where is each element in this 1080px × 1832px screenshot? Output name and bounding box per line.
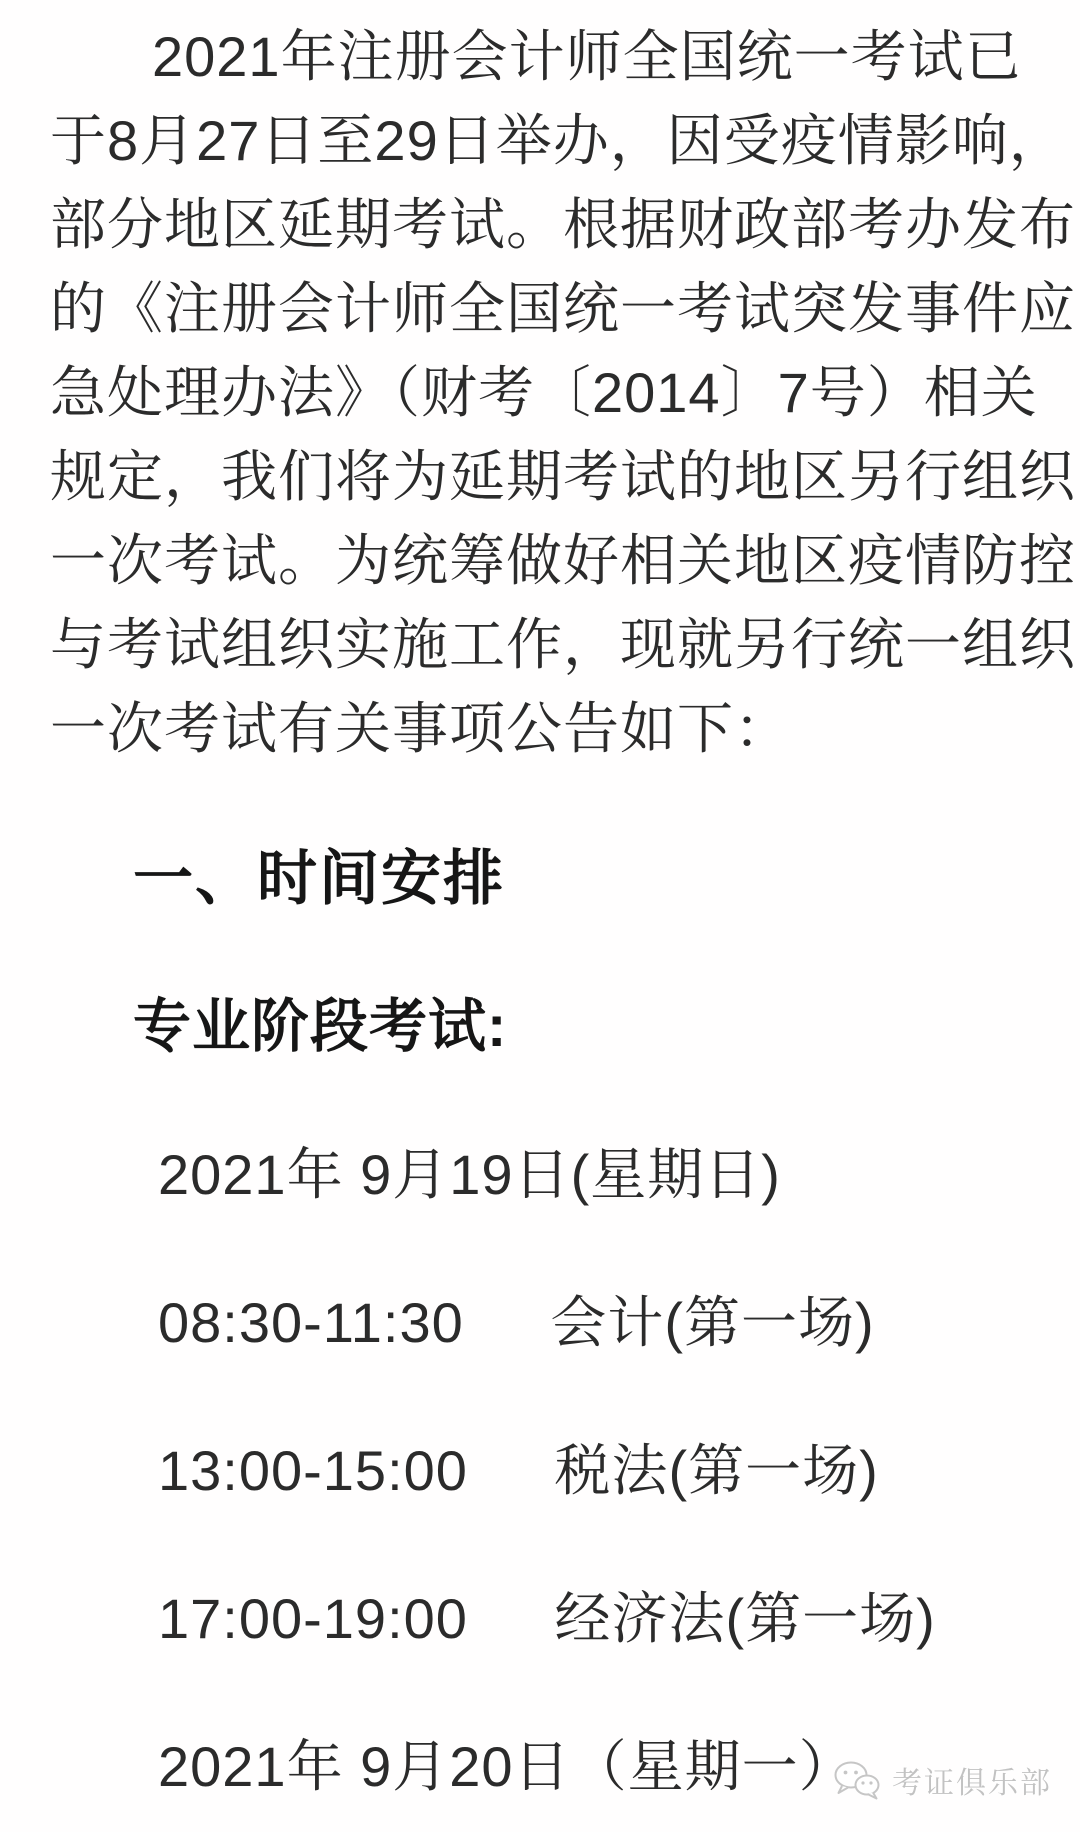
announcement-page: 2021年注册会计师全国统一考试已 于8月27日至29日举办，因受疫情影响， 部… <box>0 0 1080 1832</box>
intro-line: 急处理办法》（财考〔2014〕7号）相关 <box>50 351 1036 435</box>
session-subject: 经济法(第一场) <box>554 1587 935 1650</box>
intro-line: 的《注册会计师全国统一考试突发事件应 <box>50 267 1036 351</box>
session-row: 17:00-19:00 经济法(第一场) <box>0 1501 1080 1649</box>
intro-line: 一次考试。为统筹做好相关地区疫情防控 <box>50 519 1036 603</box>
intro-line: 2021年注册会计师全国统一考试已 <box>50 15 1036 99</box>
intro-line: 部分地区延期考试。根据财政部考办发布 <box>50 183 1036 267</box>
session-row: 08:30-11:30 会计(第一场) <box>0 1205 1080 1353</box>
intro-paragraph: 2021年注册会计师全国统一考试已 于8月27日至29日举办，因受疫情影响， 部… <box>0 0 1080 771</box>
intro-line: 一次考试有关事项公告如下： <box>50 687 1036 771</box>
session-row: 13:00-15:00 税法(第一场) <box>0 1353 1080 1501</box>
exam-date-line: 2021年 9月19日(星期日) <box>0 1057 1080 1205</box>
session-time: 08:30-11:30 <box>158 1291 464 1354</box>
session-time: 17:00-19:00 <box>158 1587 468 1650</box>
wechat-icon <box>832 1760 882 1800</box>
watermark: 考证俱乐部 <box>832 1758 1052 1802</box>
stage-heading: 专业阶段考试: <box>0 909 1080 1057</box>
intro-line: 于8月27日至29日举办，因受疫情影响， <box>50 99 1036 183</box>
session-time: 13:00-15:00 <box>158 1439 468 1502</box>
section-heading: 一、时间安排 <box>0 771 1080 909</box>
session-subject: 税法(第一场) <box>554 1439 878 1502</box>
intro-line: 规定，我们将为延期考试的地区另行组织 <box>50 435 1036 519</box>
intro-line: 与考试组织实施工作，现就另行统一组织 <box>50 603 1036 687</box>
watermark-label: 考证俱乐部 <box>892 1758 1052 1802</box>
session-subject: 会计(第一场) <box>550 1291 874 1354</box>
